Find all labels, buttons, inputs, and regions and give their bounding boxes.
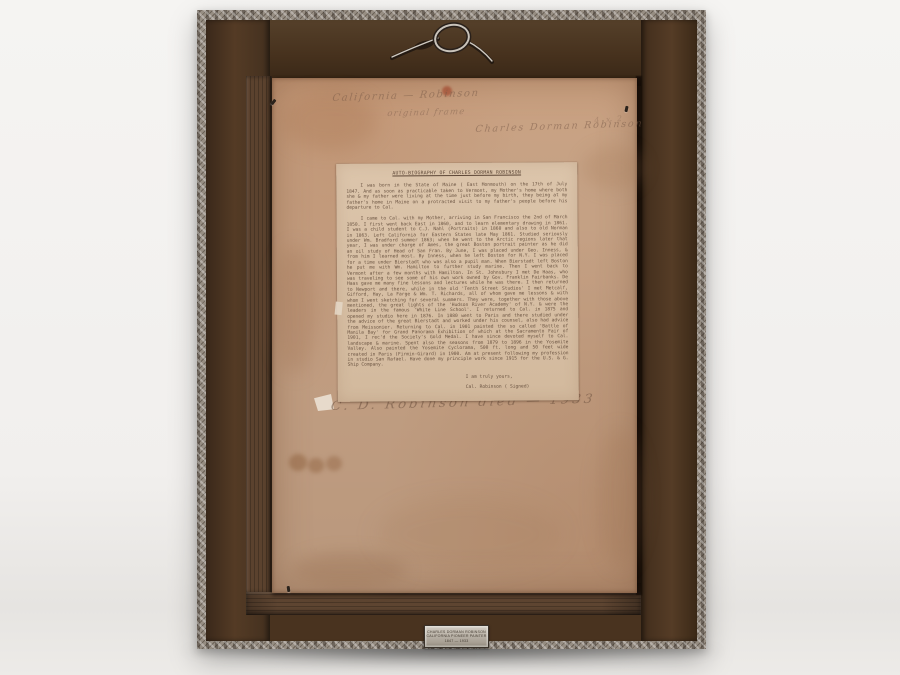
letter-title: AUTO-BIOGRAPHY OF CHARLES DORMAN ROBINSO… [346, 170, 567, 177]
stain [376, 498, 561, 570]
stain [274, 246, 316, 374]
pencil-note-frame: original frame [386, 107, 466, 119]
stain [308, 458, 324, 473]
nail [624, 106, 628, 112]
nail [270, 99, 276, 106]
identification-plaque: CHARLES DORMAN ROBINSON CALIFORNIA PIONE… [424, 625, 489, 648]
letter-paragraph: I came to Cal. with my Mother, arriving … [347, 216, 569, 369]
photo-of-frame-back: California — Robinson original frame Cha… [0, 0, 900, 675]
picture-frame-back: California — Robinson original frame Cha… [197, 10, 706, 649]
wire-left [392, 39, 438, 58]
wire-left-highlight [392, 38, 438, 57]
letter-signature: Cal. Robinson ( Signed) [466, 384, 569, 390]
nail [287, 586, 291, 592]
stain [326, 456, 342, 471]
backing-board: California — Robinson original frame Cha… [272, 78, 637, 593]
stain [582, 146, 644, 190]
paper-chip [335, 302, 343, 316]
stain [289, 454, 307, 471]
letter-closing: I am truly yours, [466, 374, 569, 380]
hanging-wire [380, 14, 510, 70]
stain [292, 552, 407, 588]
plaque-line: 1847 — 1933 [445, 639, 469, 643]
pencil-note-title: California — Robinson [332, 88, 480, 104]
letter-paragraph: I was born in the State of Maine ( East … [346, 183, 567, 212]
wire-right [467, 42, 492, 62]
wood-board-right [641, 20, 697, 641]
strainer-bar-left [246, 76, 272, 593]
strainer-bar-bottom [246, 592, 641, 615]
typed-autobiography-sheet: AUTO-BIOGRAPHY OF CHARLES DORMAN ROBINSO… [336, 162, 579, 402]
stain [597, 428, 643, 568]
